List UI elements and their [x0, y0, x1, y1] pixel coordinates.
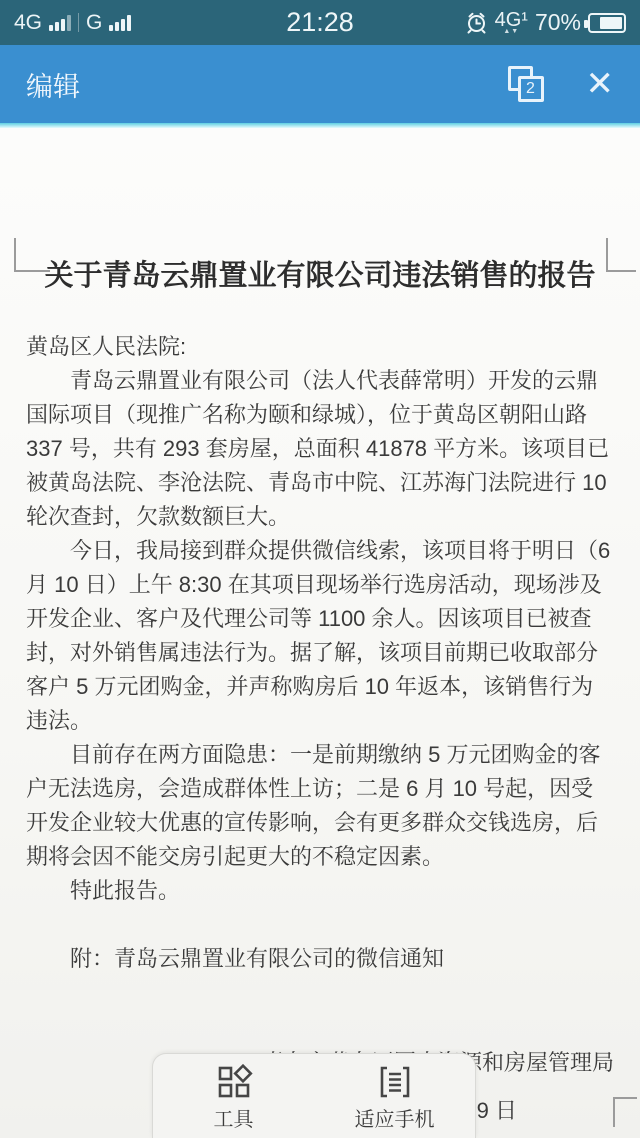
- app-bar-edge-glow: [0, 123, 640, 128]
- battery-icon: [588, 13, 626, 33]
- attachment-line: 附：青岛云鼎置业有限公司的微信通知: [26, 942, 614, 976]
- salutation-line: 黄岛区人民法院:: [26, 330, 614, 364]
- paragraph: 青岛云鼎置业有限公司（法人代表薛常明）开发的云鼎国际项目（现推广名称为颐和绿城）…: [26, 364, 614, 534]
- edit-mode-button[interactable]: 编辑: [26, 65, 80, 104]
- multi-document-button[interactable]: 2: [508, 66, 544, 102]
- status-signal-cluster: 4G G: [14, 11, 131, 35]
- data-arrows-icon: ▲▼: [503, 28, 519, 35]
- tools-grid-icon: [215, 1063, 253, 1101]
- document-body: 关于青岛云鼎置业有限公司违法销售的报告 黄岛区人民法院: 青岛云鼎置业有限公司（…: [0, 254, 640, 1128]
- closing-line: 特此报告。: [26, 874, 614, 908]
- fit-to-phone-button-label: 适应手机: [355, 1103, 435, 1132]
- close-icon[interactable]: ✕: [586, 67, 615, 101]
- fit-to-phone-button[interactable]: 适应手机: [314, 1054, 475, 1138]
- fit-to-phone-icon: [376, 1063, 414, 1101]
- bottom-toolbar: 工具 适应手机: [152, 1053, 476, 1138]
- signal-bars-icon: [49, 14, 71, 31]
- signal-bars-icon: [109, 14, 131, 31]
- document-title: 关于青岛云鼎置业有限公司违法销售的报告: [26, 254, 614, 298]
- app-bar: 编辑 2 ✕: [0, 45, 640, 123]
- tools-button[interactable]: 工具: [153, 1054, 314, 1138]
- battery-percent-label: 70%: [535, 9, 581, 36]
- network-type-label-2: G: [86, 11, 102, 35]
- margin-corner-mark: [14, 238, 50, 272]
- status-bar: 4G G 21:28 4G¹ ▲▼ 70%: [0, 0, 640, 45]
- mobile-data-indicator: 4G¹ ▲▼: [495, 10, 528, 35]
- document-page[interactable]: 关于青岛云鼎置业有限公司违法销售的报告 黄岛区人民法院: 青岛云鼎置业有限公司（…: [0, 126, 640, 1138]
- alarm-clock-icon: [465, 11, 488, 34]
- margin-corner-mark: [613, 1097, 637, 1127]
- status-right-cluster: 4G¹ ▲▼ 70%: [465, 9, 626, 36]
- paragraph: 今日，我局接到群众提供微信线索，该项目将于明日（6 月 10 日）上午 8:30…: [26, 534, 614, 738]
- tools-button-label: 工具: [214, 1103, 254, 1132]
- margin-corner-mark: [606, 238, 636, 272]
- signal-divider: [78, 13, 79, 32]
- front-window-icon: 2: [518, 76, 544, 102]
- paragraph: 目前存在两方面隐患：一是前期缴纳 5 万元团购金的客户无法选房，会造成群体性上访…: [26, 738, 614, 874]
- document-count-badge: 2: [526, 80, 535, 98]
- network-type-label-1: 4G: [14, 11, 42, 35]
